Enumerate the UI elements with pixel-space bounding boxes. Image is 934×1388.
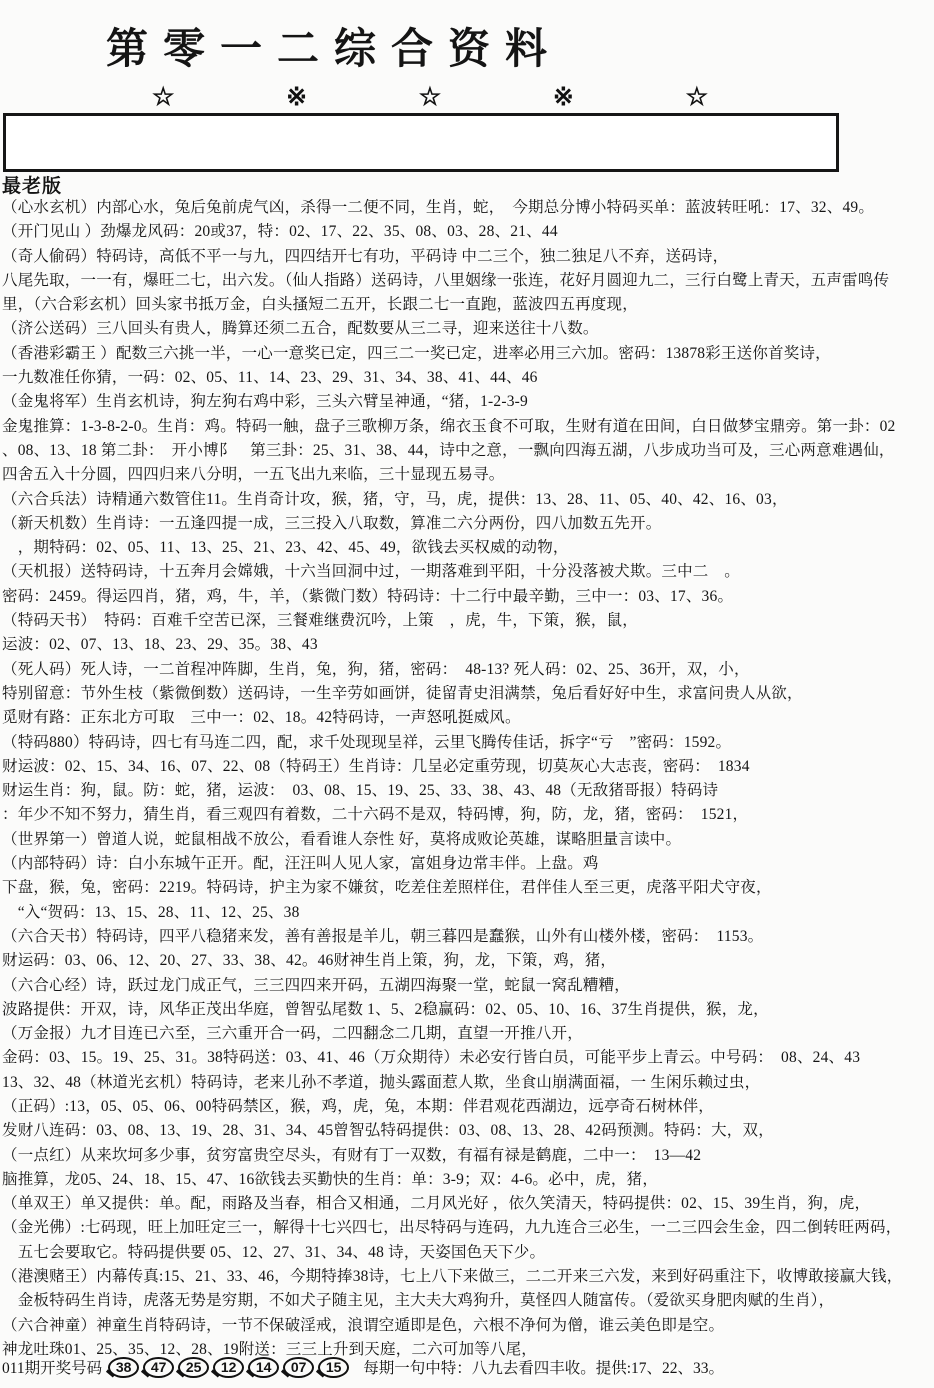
star-icon: ☆ [419, 84, 441, 112]
text-line: 财运码：03、06、12、20、27、33、38、42。46财神生肖上策，狗，龙… [2, 949, 932, 973]
text-line: 里，（六合彩玄机）回头家书抵万金，白头搔短二五开，长跟二七一直跑，蓝波四五再度现… [2, 293, 932, 317]
draw-result-suffix: 每期一句中特：八九去看四丰收。提供:17、22、33。 [363, 1356, 724, 1378]
text-line: 波路提供：开双，诗，风华正茂出华庭，曾智弘尾数 1、5、2稳赢码：02、05、1… [2, 998, 932, 1022]
page-title: 第零一二综合资料 [106, 16, 562, 76]
circled-number: 14 [248, 1357, 279, 1378]
draw-result-line: 011期开奖号码 38472512140715 每期一句中特：八九去看四丰收。提… [2, 1356, 932, 1378]
text-body: （心水玄机）内部心水，兔后兔前虎气凶，杀得一二便不同，生肖，蛇， 今期总分博小特… [2, 196, 932, 1362]
text-line: ，期特码：02、05、11、13、25、21、23、42、45、49，欲钱去买权… [2, 536, 932, 560]
text-line: 四舍五入十分圆，四四归来八分明，一五飞出九来临，三十显现五易寻。 [2, 463, 932, 487]
text-line: （六合神童）神童生肖特码诗，一节不保破淫戒，浪谓空遁即是色，六根不净何为僧，谁云… [2, 1314, 932, 1338]
text-line: 下盘，猴，兔，密码：2219。特码诗，护主为家不嫌贫，吃差住差照样住，君伴佳人至… [2, 876, 932, 900]
text-line: 财运生肖：狗，鼠。防：蛇，猪，运波： 03、08、15、19、25、33、38、… [2, 779, 932, 803]
text-line: （正码）:13，05、05、06、00特码禁区，猴，鸡，虎，兔，本期：伴君观花西… [2, 1095, 932, 1119]
draw-numbers: 38472512140715 [108, 1357, 349, 1378]
text-line: （世界第一）曾道人说，蛇鼠相战不放公，看看谁人奈性 好，莫将成败论英雄，谋略胆量… [2, 828, 932, 852]
text-line: （六合天书）特码诗，四平八稳猪来发，善有善报是羊儿，朝三暮四是蠢猴，山外有山楼外… [2, 925, 932, 949]
text-line: （一点红）从来坎坷多少事，贫穷富贵空尽头，有财有丁一双数，有福有禄是鹤鹿，二中一… [2, 1144, 932, 1168]
text-line: 财运波：02、15、34、16、07、22、08（特码王）生肖诗：几呈必定重劳现… [2, 755, 932, 779]
circled-number: 12 [213, 1357, 244, 1378]
text-line: （济公送码）三八回头有贵人，腾算还须二五合，配数要从三二寻，迎来送往十八数。 [2, 317, 932, 341]
scanned-lottery-info-sheet: 第零一二综合资料 ☆※☆※☆ 最老版 （心水玄机）内部心水，兔后兔前虎气凶，杀得… [0, 0, 934, 1388]
text-line: 发财八连码：03、08、13、19、28、31、34、45曾智弘特码提供：03、… [2, 1119, 932, 1143]
text-line: （内部特码）诗：白小东城午正开。配，汪汪叫人见人家，富姐身边常丰伴。上盘。鸡 [2, 852, 932, 876]
text-line: （死人码）死人诗，一二首程冲阵脚，生肖，兔，狗，猪，密码： 48-13? 死人码… [2, 658, 932, 682]
blank-frame-box [3, 113, 839, 172]
text-line: （金鬼将军）生肖玄机诗，狗左狗右鸡中彩，三头六臂呈神通，“猪，1-2-3-9 [2, 390, 932, 414]
text-line: （六合心经）诗，跃过龙门成正气，三三四四来开码，五湖四海聚一堂，蛇鼠一窝乱糟糟， [2, 974, 932, 998]
text-line: 觅财有路：正东北方可取 三中一：02、18。42特码诗，一声怒吼挺威风。 [2, 706, 932, 730]
text-line: （金光佛）:七码现，旺上加旺定三一，解得十七兴四七，出尽特码与连码，九九连合三必… [2, 1216, 932, 1240]
text-line: 八尾先取，一一有，爆旺二七，出六发。（仙人指路）送码诗，八里姻缘一张连，花好月圆… [2, 269, 932, 293]
star-icon: ※ [553, 84, 574, 112]
decor-symbols-row: ☆※☆※☆ [152, 84, 708, 112]
edition-label: 最老版 [2, 171, 62, 198]
text-line: 13、32、48（林道光玄机）特码诗，老来儿孙不孝道，抛头露面惹人欺，坐食山崩满… [2, 1071, 932, 1095]
text-line: “入“贺码：13、15、28、11、12、25、38 [2, 901, 932, 925]
star-icon: ※ [286, 84, 307, 112]
circled-number: 15 [318, 1357, 349, 1378]
text-line: （港澳赌王）内幕传真:15、21、33、46，今期特捧38诗，七上八下来做三，二… [2, 1265, 932, 1289]
circled-number: 47 [143, 1357, 174, 1378]
text-line: 金板特码生肖诗，虎落无势是穷期，不如犬子随主见，主大夫大鸡狗升，莫怪四人随富传。… [2, 1289, 932, 1313]
star-icon: ☆ [686, 84, 708, 112]
star-icon: ☆ [152, 84, 174, 112]
circled-number: 25 [178, 1357, 209, 1378]
text-line: 特别留意：节外生枝（紫微倒数）送码诗，一生辛劳如画饼，徒留青史泪满禁，兔后看好好… [2, 682, 932, 706]
text-line: 密码：2459。得运四肖，猪，鸡，牛，羊，（紫微门数）特码诗：十二行中最辛勤，三… [2, 585, 932, 609]
text-line: （新天机数）生肖诗：一五逢四提一成，三三投入八取数，算准二六分两份，四八加数五先… [2, 512, 932, 536]
text-line: 一九数准任你猜，一码：02、05、11、14、23、29、31、34、38、41… [2, 366, 932, 390]
text-line: ：年少不知不努力，猜生肖，看三观四有着数，二十六码不是双，特码博，狗，防，龙，猪… [2, 803, 932, 827]
text-line: （天机报）送特码诗，十五奔月会嫦娥，十六当回洞中过，一期落难到平阳，十分没落被犬… [2, 560, 932, 584]
text-line: （六合兵法）诗精通六数管住11。生肖奇计攻，猴，猪，守，马，虎，提供：13、28… [2, 488, 932, 512]
text-line: 脑推算，龙05、24、18、15、47、16欲钱去买勤快的生肖：单：3-9；双：… [2, 1168, 932, 1192]
text-line: （心水玄机）内部心水，兔后兔前虎气凶，杀得一二便不同，生肖，蛇， 今期总分博小特… [2, 196, 932, 220]
text-line: 金鬼推算：1-3-8-2-0。生肖：鸡。特码一触，盘子三歌柳万条，绵衣玉食不可取… [2, 415, 932, 439]
text-line: 金码：03、15。19、25、31。38特码送：03、41、46（万众期待）未必… [2, 1046, 932, 1070]
text-line: （开门见山 ）劲爆龙风码：20或37，特：02、17、22、35、08、03、2… [2, 220, 932, 244]
text-line: （香港彩霸王 ）配数三六挑一半，一心一意奖已定，四三二一奖已定，进率必用三六加。… [2, 342, 932, 366]
text-line: （万金报）九才目连已六至，三六重开合一码，二四翻念二几期，直望一开推八开， [2, 1022, 932, 1046]
circled-number: 07 [283, 1357, 314, 1378]
draw-result-prefix: 011期开奖号码 [2, 1356, 102, 1378]
text-line: （特码天书） 特码：百难千空苦已深，三餐难继费沉吟，上策 ，虎，牛，下策，猴，鼠… [2, 609, 932, 633]
text-line: 、08、13、18 第二卦： 开小博阝 第三卦：25、31、38、44，诗中之意… [2, 439, 932, 463]
text-line: （特码880）特码诗，四七有马连二四，配，求千处现现呈祥，云里飞腾传佳话，拆字“… [2, 731, 932, 755]
text-line: 五七会要取它。特码提供要 05、12、27、31、34、48 诗，天姿国色天下少… [2, 1241, 932, 1265]
text-line: （单双王）单又提供：单。配，雨路及当春，相合又相通，二月风光好 ，依久笑清天，特… [2, 1192, 932, 1216]
text-line: （奇人偷码）特码诗，高低不平一与九，四四结开七有功，平码诗 中二三个，独二独足八… [2, 245, 932, 269]
circled-number: 38 [108, 1357, 139, 1378]
text-line: 运波：02、07、13、18、23、29、35。38、43 [2, 633, 932, 657]
